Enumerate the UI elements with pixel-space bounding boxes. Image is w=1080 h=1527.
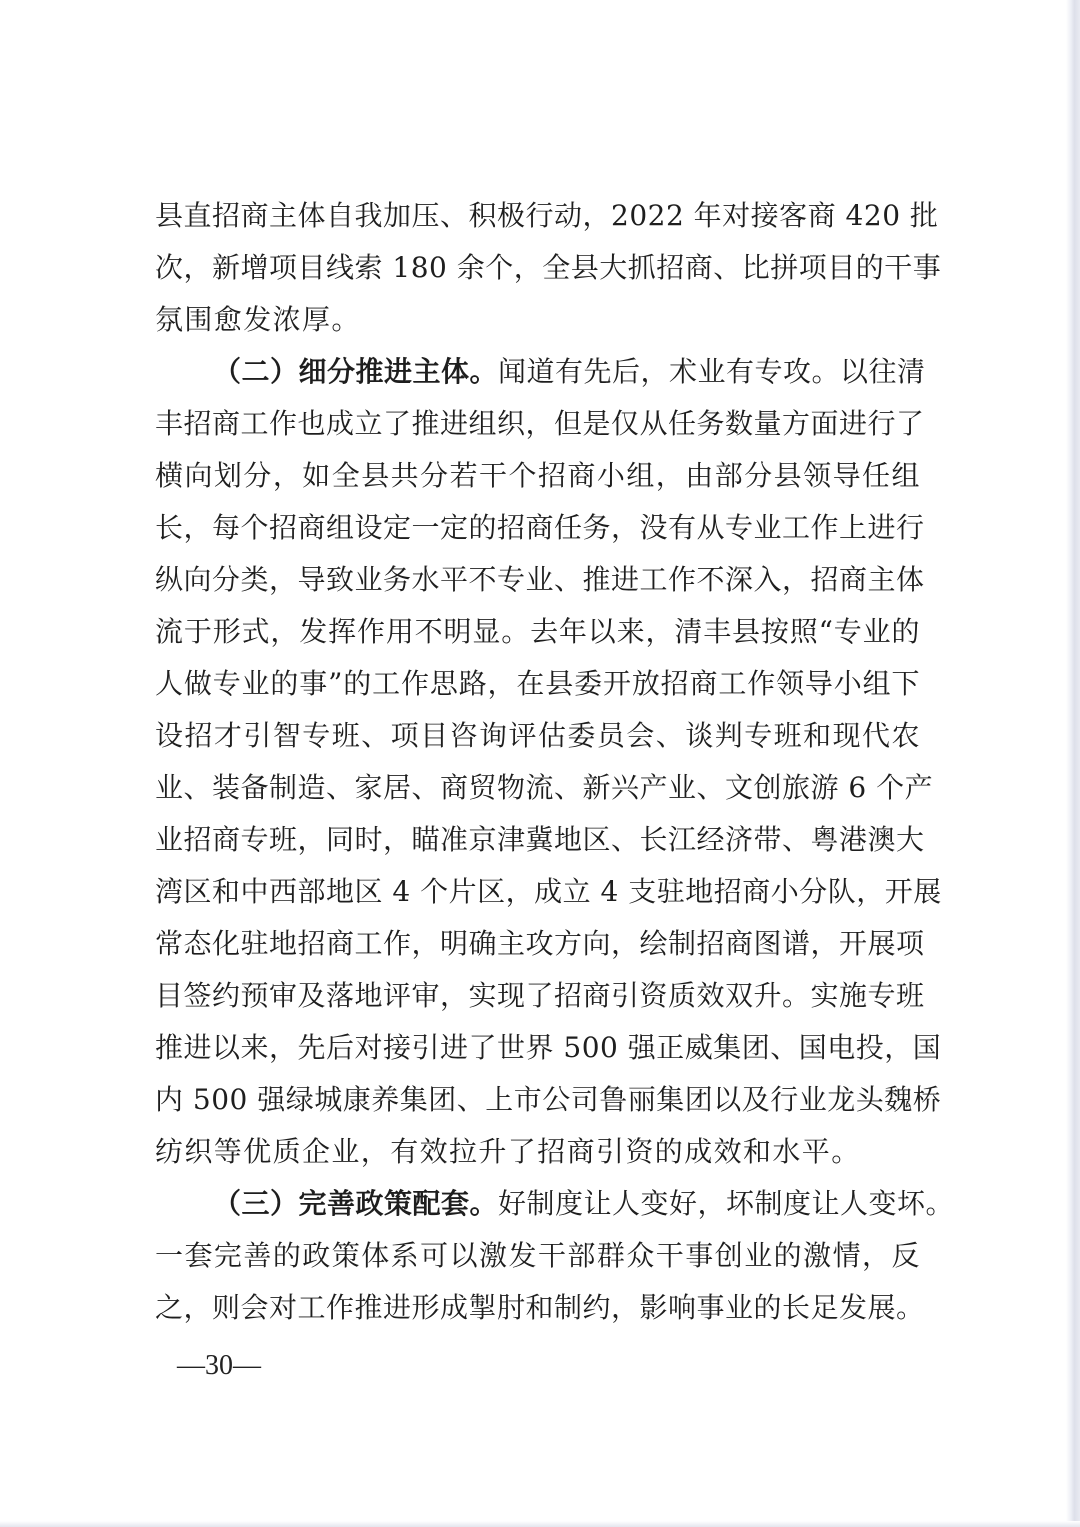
text-line: （三）完善政策配套。好制度让人变好，坏制度让人变坏。: [155, 1178, 920, 1230]
paragraph-2: （二）细分推进主体。闻道有先后，术业有专攻。以往清 丰招商工作也成立了推进组织，…: [155, 346, 920, 1178]
text-line: 纵向分类，导致业务水平不专业、推进工作不深入，招商主体: [155, 554, 920, 606]
text-line: 人做专业的事”的工作思路，在县委开放招商工作领导小组下: [155, 658, 920, 710]
paragraph-3: （三）完善政策配套。好制度让人变好，坏制度让人变坏。 一套完善的政策体系可以激发…: [155, 1178, 920, 1334]
text-line: 设招才引智专班、项目咨询评估委员会、谈判专班和现代农: [155, 710, 920, 762]
text-line: 丰招商工作也成立了推进组织，但是仅从任务数量方面进行了: [155, 398, 920, 450]
section-heading: （三）完善政策配套。: [213, 1187, 498, 1220]
text-line: 业招商专班，同时，瞄准京津冀地区、长江经济带、粤港澳大: [155, 814, 920, 866]
body-text: 县直招商主体自我加压、积极行动，2022 年对接客商 420 批 次，新增项目线…: [155, 190, 920, 1334]
text-line: 常态化驻地招商工作，明确主攻方向，绘制招商图谱，开展项: [155, 918, 920, 970]
text-line: 流于形式，发挥作用不明显。去年以来，清丰县按照“专业的: [155, 606, 920, 658]
text-line: 纺织等优质企业，有效拉升了招商引资的成效和水平。: [155, 1126, 920, 1178]
text-line: 业、装备制造、家居、商贸物流、新兴产业、文创旅游 6 个产: [155, 762, 920, 814]
text-line: 目签约预审及落地评审，实现了招商引资质效双升。实施专班: [155, 970, 920, 1022]
text-line: 县直招商主体自我加压、积极行动，2022 年对接客商 420 批: [155, 190, 920, 242]
text-line: 一套完善的政策体系可以激发干部群众干事创业的激情，反: [155, 1230, 920, 1282]
page-number: —30—: [177, 1348, 261, 1384]
text-run: 好制度让人变好，坏制度让人变坏。: [498, 1187, 954, 1220]
section-heading: （二）细分推进主体。: [213, 355, 498, 388]
paragraph-1: 县直招商主体自我加压、积极行动，2022 年对接客商 420 批 次，新增项目线…: [155, 190, 920, 346]
document-page: 县直招商主体自我加压、积极行动，2022 年对接客商 420 批 次，新增项目线…: [0, 0, 1080, 1527]
text-line: 之，则会对工作推进形成掣肘和制约，影响事业的长足发展。: [155, 1282, 920, 1334]
scan-edge-right: [1066, 0, 1080, 1527]
text-line: 氛围愈发浓厚。: [155, 294, 920, 346]
text-line: 横向划分，如全县共分若干个招商小组，由部分县领导任组: [155, 450, 920, 502]
scan-edge-bottom: [0, 1521, 1080, 1527]
text-line: 长，每个招商组设定一定的招商任务，没有从专业工作上进行: [155, 502, 920, 554]
text-line: 推进以来，先后对接引进了世界 500 强正威集团、国电投，国: [155, 1022, 920, 1074]
text-line: 内 500 强绿城康养集团、上市公司鲁丽集团以及行业龙头魏桥: [155, 1074, 920, 1126]
text-line: 湾区和中西部地区 4 个片区，成立 4 支驻地招商小分队，开展: [155, 866, 920, 918]
text-line: （二）细分推进主体。闻道有先后，术业有专攻。以往清: [155, 346, 920, 398]
text-line: 次，新增项目线索 180 余个，全县大抓招商、比拼项目的干事: [155, 242, 920, 294]
text-run: 闻道有先后，术业有专攻。以往清: [498, 355, 926, 388]
